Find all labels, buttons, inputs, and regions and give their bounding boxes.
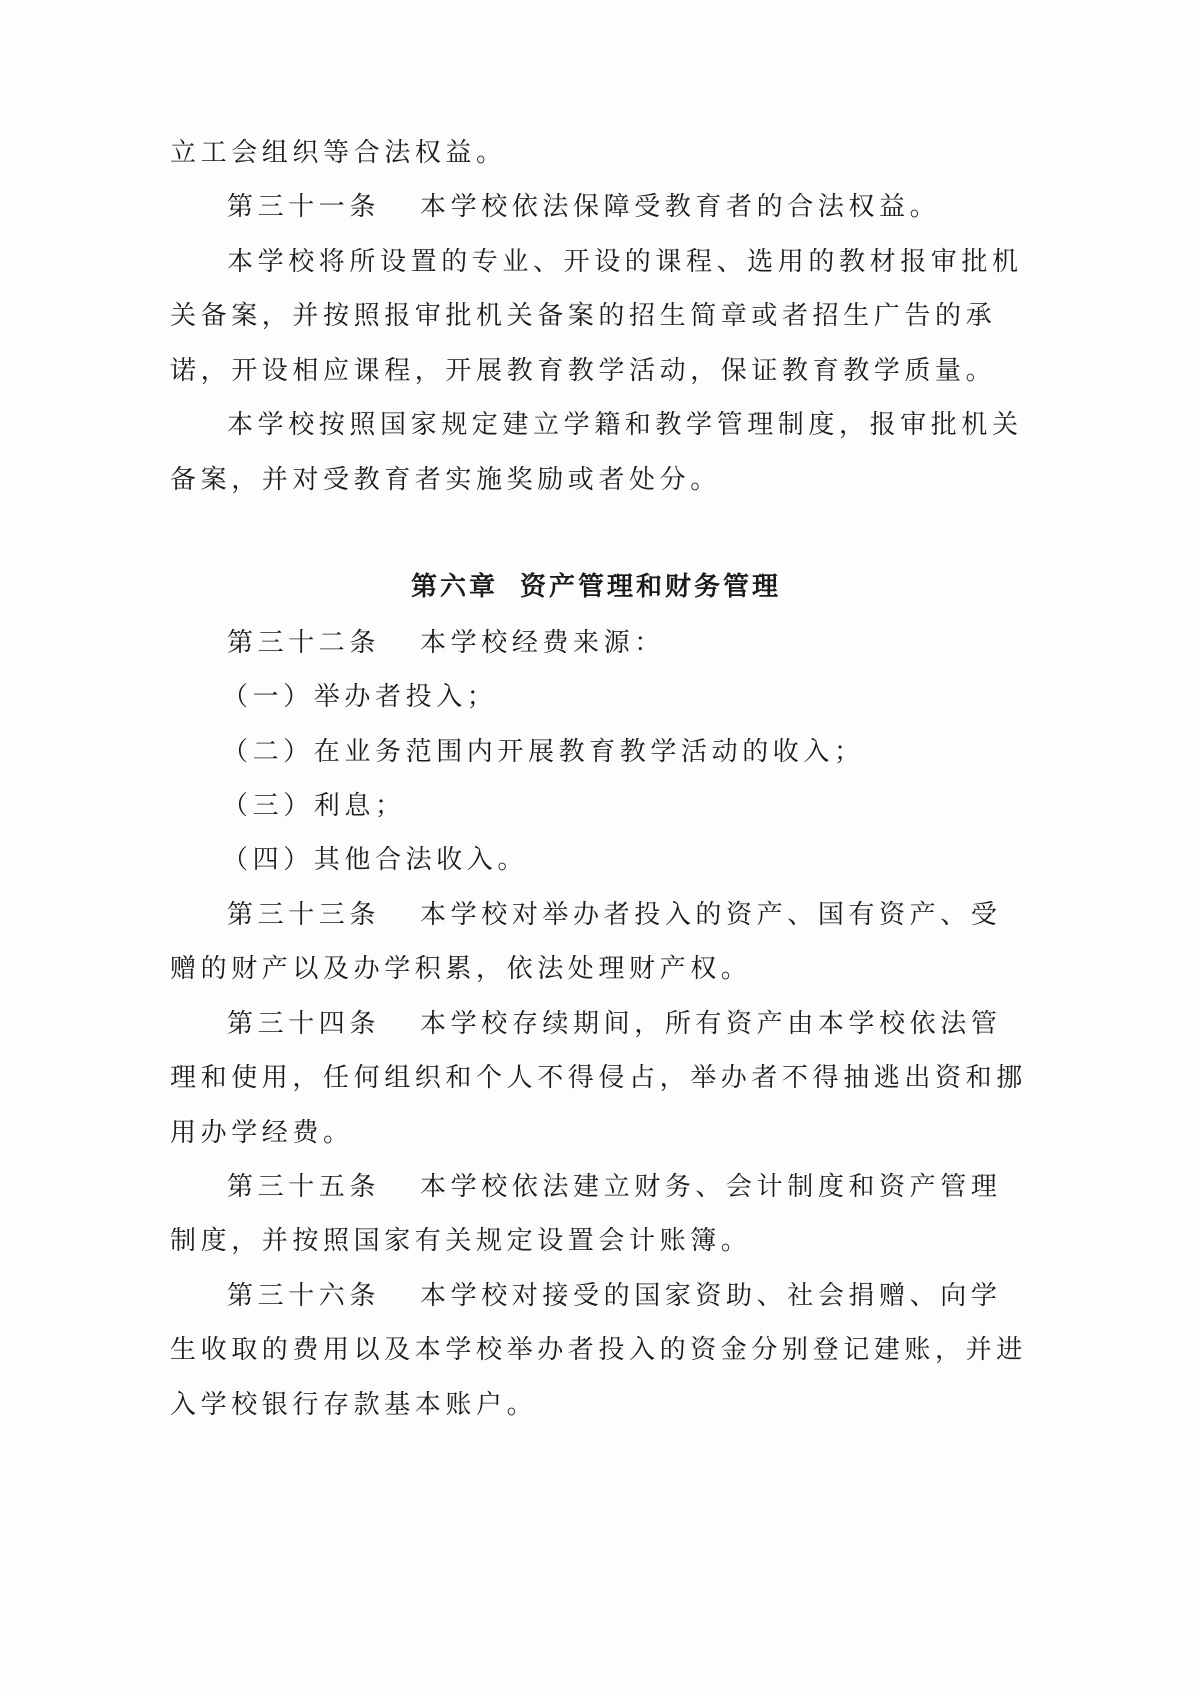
list-item: （三）利息；: [222, 789, 1002, 823]
line-text: 本学校按照国家规定建立学籍和教学管理制度，报审批机关: [227, 410, 1023, 440]
list-item: （一）举办者投入；: [222, 680, 1002, 714]
line-text: 理和使用，任何组织和个人不得侵占，举办者不得抽逃出资和挪: [170, 1063, 1027, 1093]
article-32: 第三十二条本学校经费来源：: [227, 626, 1007, 660]
article-number: 第三十一条: [227, 192, 380, 222]
paragraph-line: 关备案，并按照报审批机关备案的招生简章或者招生广告的承: [170, 299, 950, 333]
paragraph-line: 本学校将所设置的专业、开设的课程、选用的教材报审批机: [227, 245, 1007, 279]
line-text: 赠的财产以及办学积累，依法处理财产权。: [170, 954, 751, 984]
article-text: 本学校依法保障受教育者的合法权益。: [420, 192, 940, 222]
paragraph-line: 立工会组织等合法权益。: [170, 136, 950, 170]
paragraph-line: 赠的财产以及办学积累，依法处理财产权。: [170, 952, 950, 986]
paragraph-line: 入学校银行存款基本账户。: [170, 1388, 950, 1422]
article-31: 第三十一条本学校依法保障受教育者的合法权益。: [227, 190, 1007, 224]
article-text: 本学校依法建立财务、会计制度和资产管理: [420, 1172, 1001, 1202]
paragraph-line: 本学校按照国家规定建立学籍和教学管理制度，报审批机关: [227, 408, 1007, 442]
chapter-number: 第六章: [411, 572, 498, 602]
line-text: （三）利息；: [222, 791, 406, 821]
line-text: 入学校银行存款基本账户。: [170, 1390, 537, 1420]
line-text: 制度，并按照国家有关规定设置会计账簿。: [170, 1226, 751, 1256]
paragraph-line: 生收取的费用以及本学校举办者投入的资金分别登记建账，并进: [170, 1333, 950, 1367]
line-text: 关备案，并按照报审批机关备案的招生简章或者招生广告的承: [170, 301, 996, 331]
article-number: 第三十四条: [227, 1009, 380, 1039]
article-number: 第三十五条: [227, 1172, 380, 1202]
paragraph-line: 备案，并对受教育者实施奖励或者处分。: [170, 463, 950, 497]
line-text: 立工会组织等合法权益。: [170, 138, 507, 168]
article-35: 第三十五条本学校依法建立财务、会计制度和资产管理: [227, 1170, 1007, 1204]
line-text: 备案，并对受教育者实施奖励或者处分。: [170, 465, 721, 495]
article-text: 本学校存续期间，所有资产由本学校依法管: [420, 1009, 1001, 1039]
article-number: 第三十二条: [227, 628, 380, 658]
line-text: （二）在业务范围内开展教育教学活动的收入；: [222, 737, 865, 767]
paragraph-line: 诺，开设相应课程，开展教育教学活动，保证教育教学质量。: [170, 354, 950, 388]
chapter-heading: 第六章资产管理和财务管理: [0, 570, 1196, 604]
chapter-title: 资产管理和财务管理: [520, 572, 781, 602]
line-text: 生收取的费用以及本学校举办者投入的资金分别登记建账，并进: [170, 1335, 1027, 1365]
article-number: 第三十三条: [227, 900, 380, 930]
paragraph-line: 制度，并按照国家有关规定设置会计账簿。: [170, 1224, 950, 1258]
paragraph-line: 理和使用，任何组织和个人不得侵占，举办者不得抽逃出资和挪: [170, 1061, 950, 1095]
document-page: 立工会组织等合法权益。 第三十一条本学校依法保障受教育者的合法权益。 本学校将所…: [0, 0, 1200, 1696]
list-item: （二）在业务范围内开展教育教学活动的收入；: [222, 735, 1002, 769]
line-text: 本学校将所设置的专业、开设的课程、选用的教材报审批机: [227, 247, 1023, 277]
article-text: 本学校对举办者投入的资产、国有资产、受: [420, 900, 1001, 930]
article-number: 第三十六条: [227, 1281, 380, 1311]
line-text: 诺，开设相应课程，开展教育教学活动，保证教育教学质量。: [170, 356, 996, 386]
article-text: 本学校对接受的国家资助、社会捐赠、向学: [420, 1281, 1001, 1311]
paragraph-line: 用办学经费。: [170, 1116, 950, 1150]
article-34: 第三十四条本学校存续期间，所有资产由本学校依法管: [227, 1007, 1007, 1041]
line-text: 用办学经费。: [170, 1118, 354, 1148]
article-33: 第三十三条本学校对举办者投入的资产、国有资产、受: [227, 898, 1007, 932]
line-text: （一）举办者投入；: [222, 682, 497, 712]
article-36: 第三十六条本学校对接受的国家资助、社会捐赠、向学: [227, 1279, 1007, 1313]
line-text: （四）其他合法收入。: [222, 845, 528, 875]
list-item: （四）其他合法收入。: [222, 843, 1002, 877]
article-text: 本学校经费来源：: [420, 628, 665, 658]
